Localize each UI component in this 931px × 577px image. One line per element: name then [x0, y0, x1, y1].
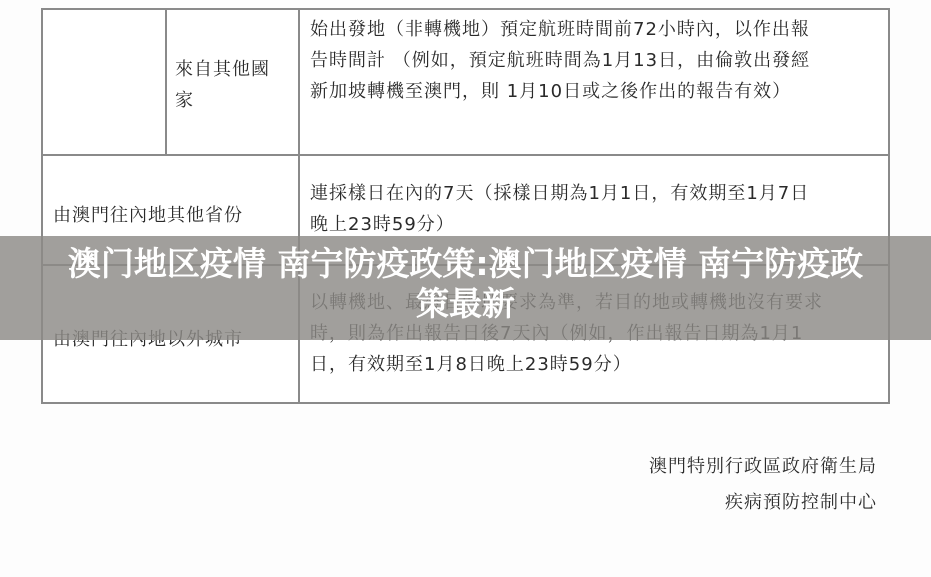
row1-requirement-line: 告時間計 （例如，預定航班時間為1月13日，由倫敦出發經 — [310, 45, 810, 76]
signature-issuer: 澳門特別行政區政府衛生局 — [649, 452, 877, 478]
row2-requirement-line: 連採樣日在內的7天（採樣日期為1月1日，有效期至1月7日 — [310, 178, 809, 209]
column-divider — [298, 10, 300, 402]
overlay-title-line: 澳门地区疫情 南宁防疫政策:澳门地区疫情 南宁防疫政 — [40, 244, 891, 284]
row-divider — [43, 154, 888, 156]
overlay-title-line: 策最新 — [40, 284, 891, 324]
row1-subcategory-cell: 來自其他國 家 — [175, 54, 270, 116]
row1-requirement-line: 始出發地（非轉機地）預定航班時間前72小時內，以作出報 — [310, 14, 810, 45]
column-divider — [165, 10, 167, 156]
signature-department: 疾病預防控制中心 — [725, 488, 877, 514]
row1-subcategory-line: 來自其他國 — [175, 54, 270, 85]
row2-requirement-cell: 連採樣日在內的7天（採樣日期為1月1日，有效期至1月7日 晚上23時59分） — [310, 178, 809, 240]
row2-category-cell: 由澳門往內地其他省份 — [53, 200, 243, 231]
notice-table: 來自其他國 家 始出發地（非轉機地）預定航班時間前72小時內，以作出報 告時間計… — [41, 8, 890, 404]
row2-category: 由澳門往內地其他省份 — [53, 200, 243, 231]
overlay-title: 澳门地区疫情 南宁防疫政策:澳门地区疫情 南宁防疫政 策最新 — [40, 244, 891, 324]
row1-requirement-line: 新加坡轉機至澳門，則 1月10日或之後作出的報告有效） — [310, 76, 810, 107]
row1-subcategory-line: 家 — [175, 85, 270, 116]
row3-requirement-line: 日，有效期至1月8日晚上23時59分） — [310, 349, 823, 380]
row1-requirement-cell: 始出發地（非轉機地）預定航班時間前72小時內，以作出報 告時間計 （例如，預定航… — [310, 14, 810, 107]
